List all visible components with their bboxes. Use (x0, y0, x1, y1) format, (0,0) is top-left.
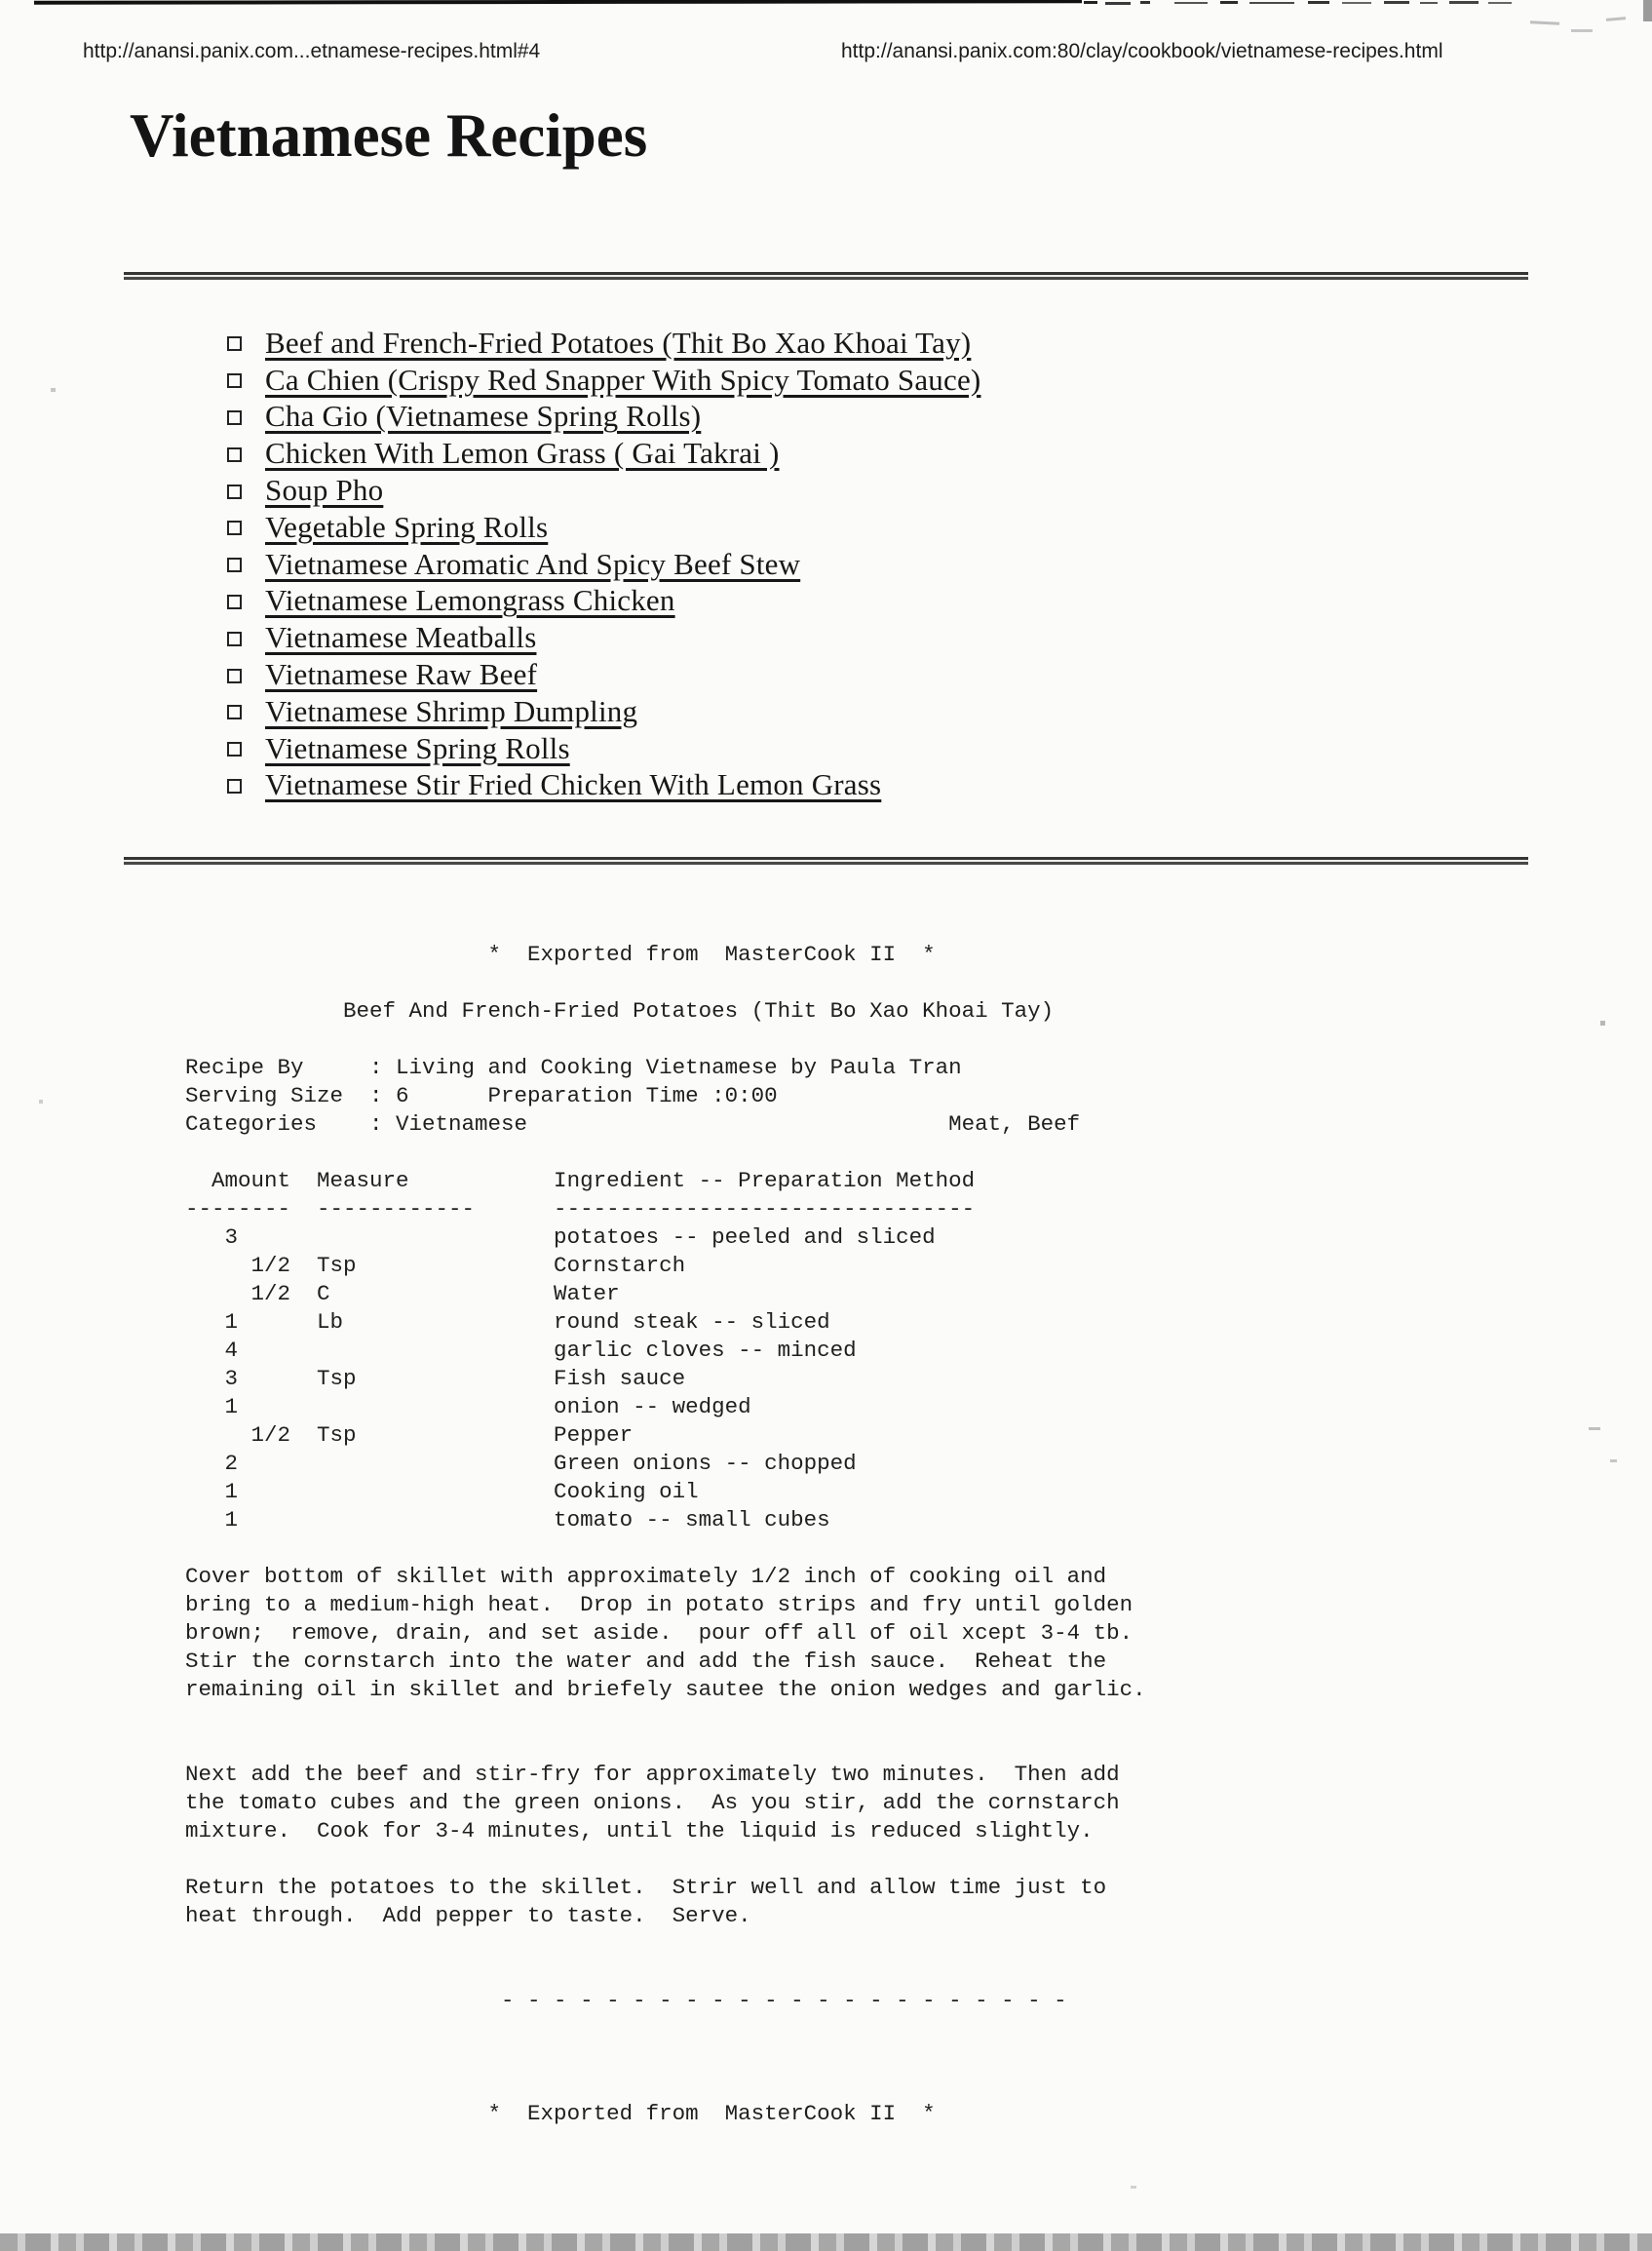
mastercook-line-35 (185, 1930, 1146, 1959)
recipe-link[interactable]: Beef and French-Fried Potatoes (Thit Bo … (265, 326, 971, 361)
mastercook-export-block: * Exported from MasterCook II * Beef And… (185, 941, 1146, 2128)
recipe-link-list: Beef and French-Fried Potatoes (Thit Bo … (227, 325, 980, 803)
scan-artifact-speck (1131, 2186, 1136, 2189)
recipe-link[interactable]: Vietnamese Aromatic And Spicy Beef Stew (265, 547, 800, 582)
scan-artifact-dash (1105, 2, 1131, 5)
mastercook-line-27 (185, 1704, 1146, 1732)
scan-artifact-dash (1084, 1, 1097, 4)
scan-artifact-top-line (34, 0, 1082, 5)
square-bullet-icon (227, 705, 242, 719)
scan-artifact-dash (1488, 2, 1512, 4)
recipe-link-item: Vietnamese Meatballs (227, 619, 980, 656)
recipe-link-item: Vietnamese Shrimp Dumpling (227, 693, 980, 730)
recipe-link[interactable]: Ca Chien (Crispy Red Snapper With Spicy … (265, 363, 980, 398)
scan-artifact-dash (1384, 1, 1409, 4)
recipe-link-item: Ca Chien (Crispy Red Snapper With Spicy … (227, 362, 980, 399)
recipe-link-item: Cha Gio (Vietnamese Spring Rolls) (227, 399, 980, 436)
print-header-url-left: http://anansi.panix.com...etnamese-recip… (83, 40, 540, 63)
recipe-link[interactable]: Vietnamese Stir Fried Chicken With Lemon… (265, 767, 881, 802)
mastercook-line-34: heat through. Add pepper to taste. Serve… (185, 1902, 1146, 1930)
recipe-link-item: Vietnamese Aromatic And Spicy Beef Stew (227, 546, 980, 583)
square-bullet-icon (227, 521, 242, 535)
recipe-link-item: Chicken With Lemon Grass ( Gai Takrai ) (227, 435, 980, 472)
scan-artifact-edge-smudge (1643, 0, 1652, 21)
square-bullet-icon (227, 632, 242, 646)
mastercook-line-28 (185, 1732, 1146, 1761)
print-header-url-right: http://anansi.panix.com:80/clay/cookbook… (841, 40, 1442, 63)
square-bullet-icon (227, 447, 242, 462)
square-bullet-icon (227, 742, 242, 757)
mastercook-line-7 (185, 1139, 1146, 1167)
mastercook-line-19: 1 Cooking oil (185, 1478, 1146, 1506)
mastercook-line-1 (185, 969, 1146, 997)
recipe-link-item: Beef and French-Fried Potatoes (Thit Bo … (227, 325, 980, 362)
mastercook-line-29: Next add the beef and stir-fry for appro… (185, 1761, 1146, 1789)
recipe-link-item: Vietnamese Spring Rolls (227, 730, 980, 767)
mastercook-line-11: 1/2 Tsp Cornstarch (185, 1252, 1146, 1280)
mastercook-line-26: remaining oil in skillet and briefely sa… (185, 1676, 1146, 1704)
scan-artifact-mark (1606, 17, 1626, 21)
scan-artifact-bottom-band (0, 2233, 1652, 2251)
recipe-link[interactable]: Vegetable Spring Rolls (265, 510, 548, 545)
page-title: Vietnamese Recipes (130, 100, 647, 172)
mastercook-line-4: Recipe By : Living and Cooking Vietnames… (185, 1054, 1146, 1082)
square-bullet-icon (227, 669, 242, 683)
scan-artifact-speck (1610, 1459, 1617, 1462)
recipe-link-item: Vietnamese Lemongrass Chicken (227, 583, 980, 620)
recipe-link[interactable]: Vietnamese Meatballs (265, 620, 536, 655)
scan-artifact-dash (1449, 1, 1479, 4)
recipe-link-item: Vietnamese Raw Beef (227, 656, 980, 693)
mastercook-line-39 (185, 2043, 1146, 2072)
mastercook-line-10: 3 potatoes -- peeled and sliced (185, 1223, 1146, 1252)
scan-artifact-mark (1530, 20, 1559, 25)
recipe-link[interactable]: Vietnamese Raw Beef (265, 657, 537, 692)
mastercook-line-13: 1 Lb round steak -- sliced (185, 1308, 1146, 1337)
mastercook-line-16: 1 onion -- wedged (185, 1393, 1146, 1421)
recipe-link-item: Vietnamese Stir Fried Chicken With Lemon… (227, 767, 980, 804)
mastercook-line-31: mixture. Cook for 3-4 minutes, until the… (185, 1817, 1146, 1845)
scan-artifact-dash (1220, 1, 1238, 4)
square-bullet-icon (227, 336, 242, 351)
recipe-link[interactable]: Soup Pho (265, 473, 383, 508)
mastercook-line-24: brown; remove, drain, and set aside. pou… (185, 1619, 1146, 1648)
mastercook-line-21 (185, 1534, 1146, 1563)
mastercook-line-32 (185, 1845, 1146, 1874)
scan-artifact-dash (1174, 2, 1208, 4)
scan-artifact-dash (1308, 1, 1329, 4)
square-bullet-icon (227, 485, 242, 499)
mastercook-line-2: Beef And French-Fried Potatoes (Thit Bo … (185, 997, 1146, 1026)
recipe-link-item: Vegetable Spring Rolls (227, 509, 980, 546)
mastercook-line-38 (185, 2015, 1146, 2043)
scan-artifact-dash (1249, 2, 1294, 4)
scan-artifact-dash (1140, 1, 1150, 4)
recipe-link[interactable]: Cha Gio (Vietnamese Spring Rolls) (265, 399, 701, 434)
mastercook-line-20: 1 tomato -- small cubes (185, 1506, 1146, 1534)
mastercook-line-30: the tomato cubes and the green onions. A… (185, 1789, 1146, 1817)
scan-artifact-speck (1589, 1427, 1600, 1430)
square-bullet-icon (227, 373, 242, 388)
mastercook-line-18: 2 Green onions -- chopped (185, 1450, 1146, 1478)
mastercook-line-6: Categories : Vietnamese Meat, Beef (185, 1110, 1146, 1139)
mastercook-line-22: Cover bottom of skillet with approximate… (185, 1563, 1146, 1591)
scan-artifact-dash (1342, 2, 1371, 4)
scan-artifact-mark (1571, 29, 1593, 32)
mastercook-line-14: 4 garlic cloves -- minced (185, 1337, 1146, 1365)
recipe-link[interactable]: Vietnamese Shrimp Dumpling (265, 694, 637, 729)
horizontal-rule-top (124, 272, 1528, 280)
mastercook-line-3 (185, 1026, 1146, 1054)
square-bullet-icon (227, 558, 242, 572)
recipe-link-item: Soup Pho (227, 472, 980, 509)
square-bullet-icon (227, 595, 242, 609)
mastercook-line-25: Stir the cornstarch into the water and a… (185, 1648, 1146, 1676)
mastercook-line-40 (185, 2072, 1146, 2100)
recipe-link[interactable]: Vietnamese Spring Rolls (265, 731, 570, 766)
scan-artifact-dash (1420, 2, 1438, 4)
mastercook-line-33: Return the potatoes to the skillet. Stri… (185, 1874, 1146, 1902)
mastercook-line-5: Serving Size : 6 Preparation Time :0:00 (185, 1082, 1146, 1110)
scan-artifact-speck (39, 1100, 43, 1104)
recipe-link[interactable]: Chicken With Lemon Grass ( Gai Takrai ) (265, 436, 780, 471)
scan-artifact-speck (51, 388, 56, 392)
mastercook-line-8: Amount Measure Ingredient -- Preparation… (185, 1167, 1146, 1195)
scan-artifact-speck (1600, 1021, 1605, 1026)
mastercook-line-9: -------- ------------ ------------------… (185, 1195, 1146, 1223)
mastercook-line-41: * Exported from MasterCook II * (185, 2100, 1146, 2128)
square-bullet-icon (227, 779, 242, 794)
mastercook-line-15: 3 Tsp Fish sauce (185, 1365, 1146, 1393)
mastercook-line-37: - - - - - - - - - - - - - - - - - - - - … (185, 1987, 1146, 2015)
mastercook-line-23: bring to a medium-high heat. Drop in pot… (185, 1591, 1146, 1619)
horizontal-rule-bottom (124, 857, 1528, 865)
mastercook-line-12: 1/2 C Water (185, 1280, 1146, 1308)
mastercook-line-36 (185, 1959, 1146, 1987)
mastercook-line-0: * Exported from MasterCook II * (185, 941, 1146, 969)
recipe-link[interactable]: Vietnamese Lemongrass Chicken (265, 583, 675, 618)
mastercook-line-17: 1/2 Tsp Pepper (185, 1421, 1146, 1450)
square-bullet-icon (227, 410, 242, 425)
